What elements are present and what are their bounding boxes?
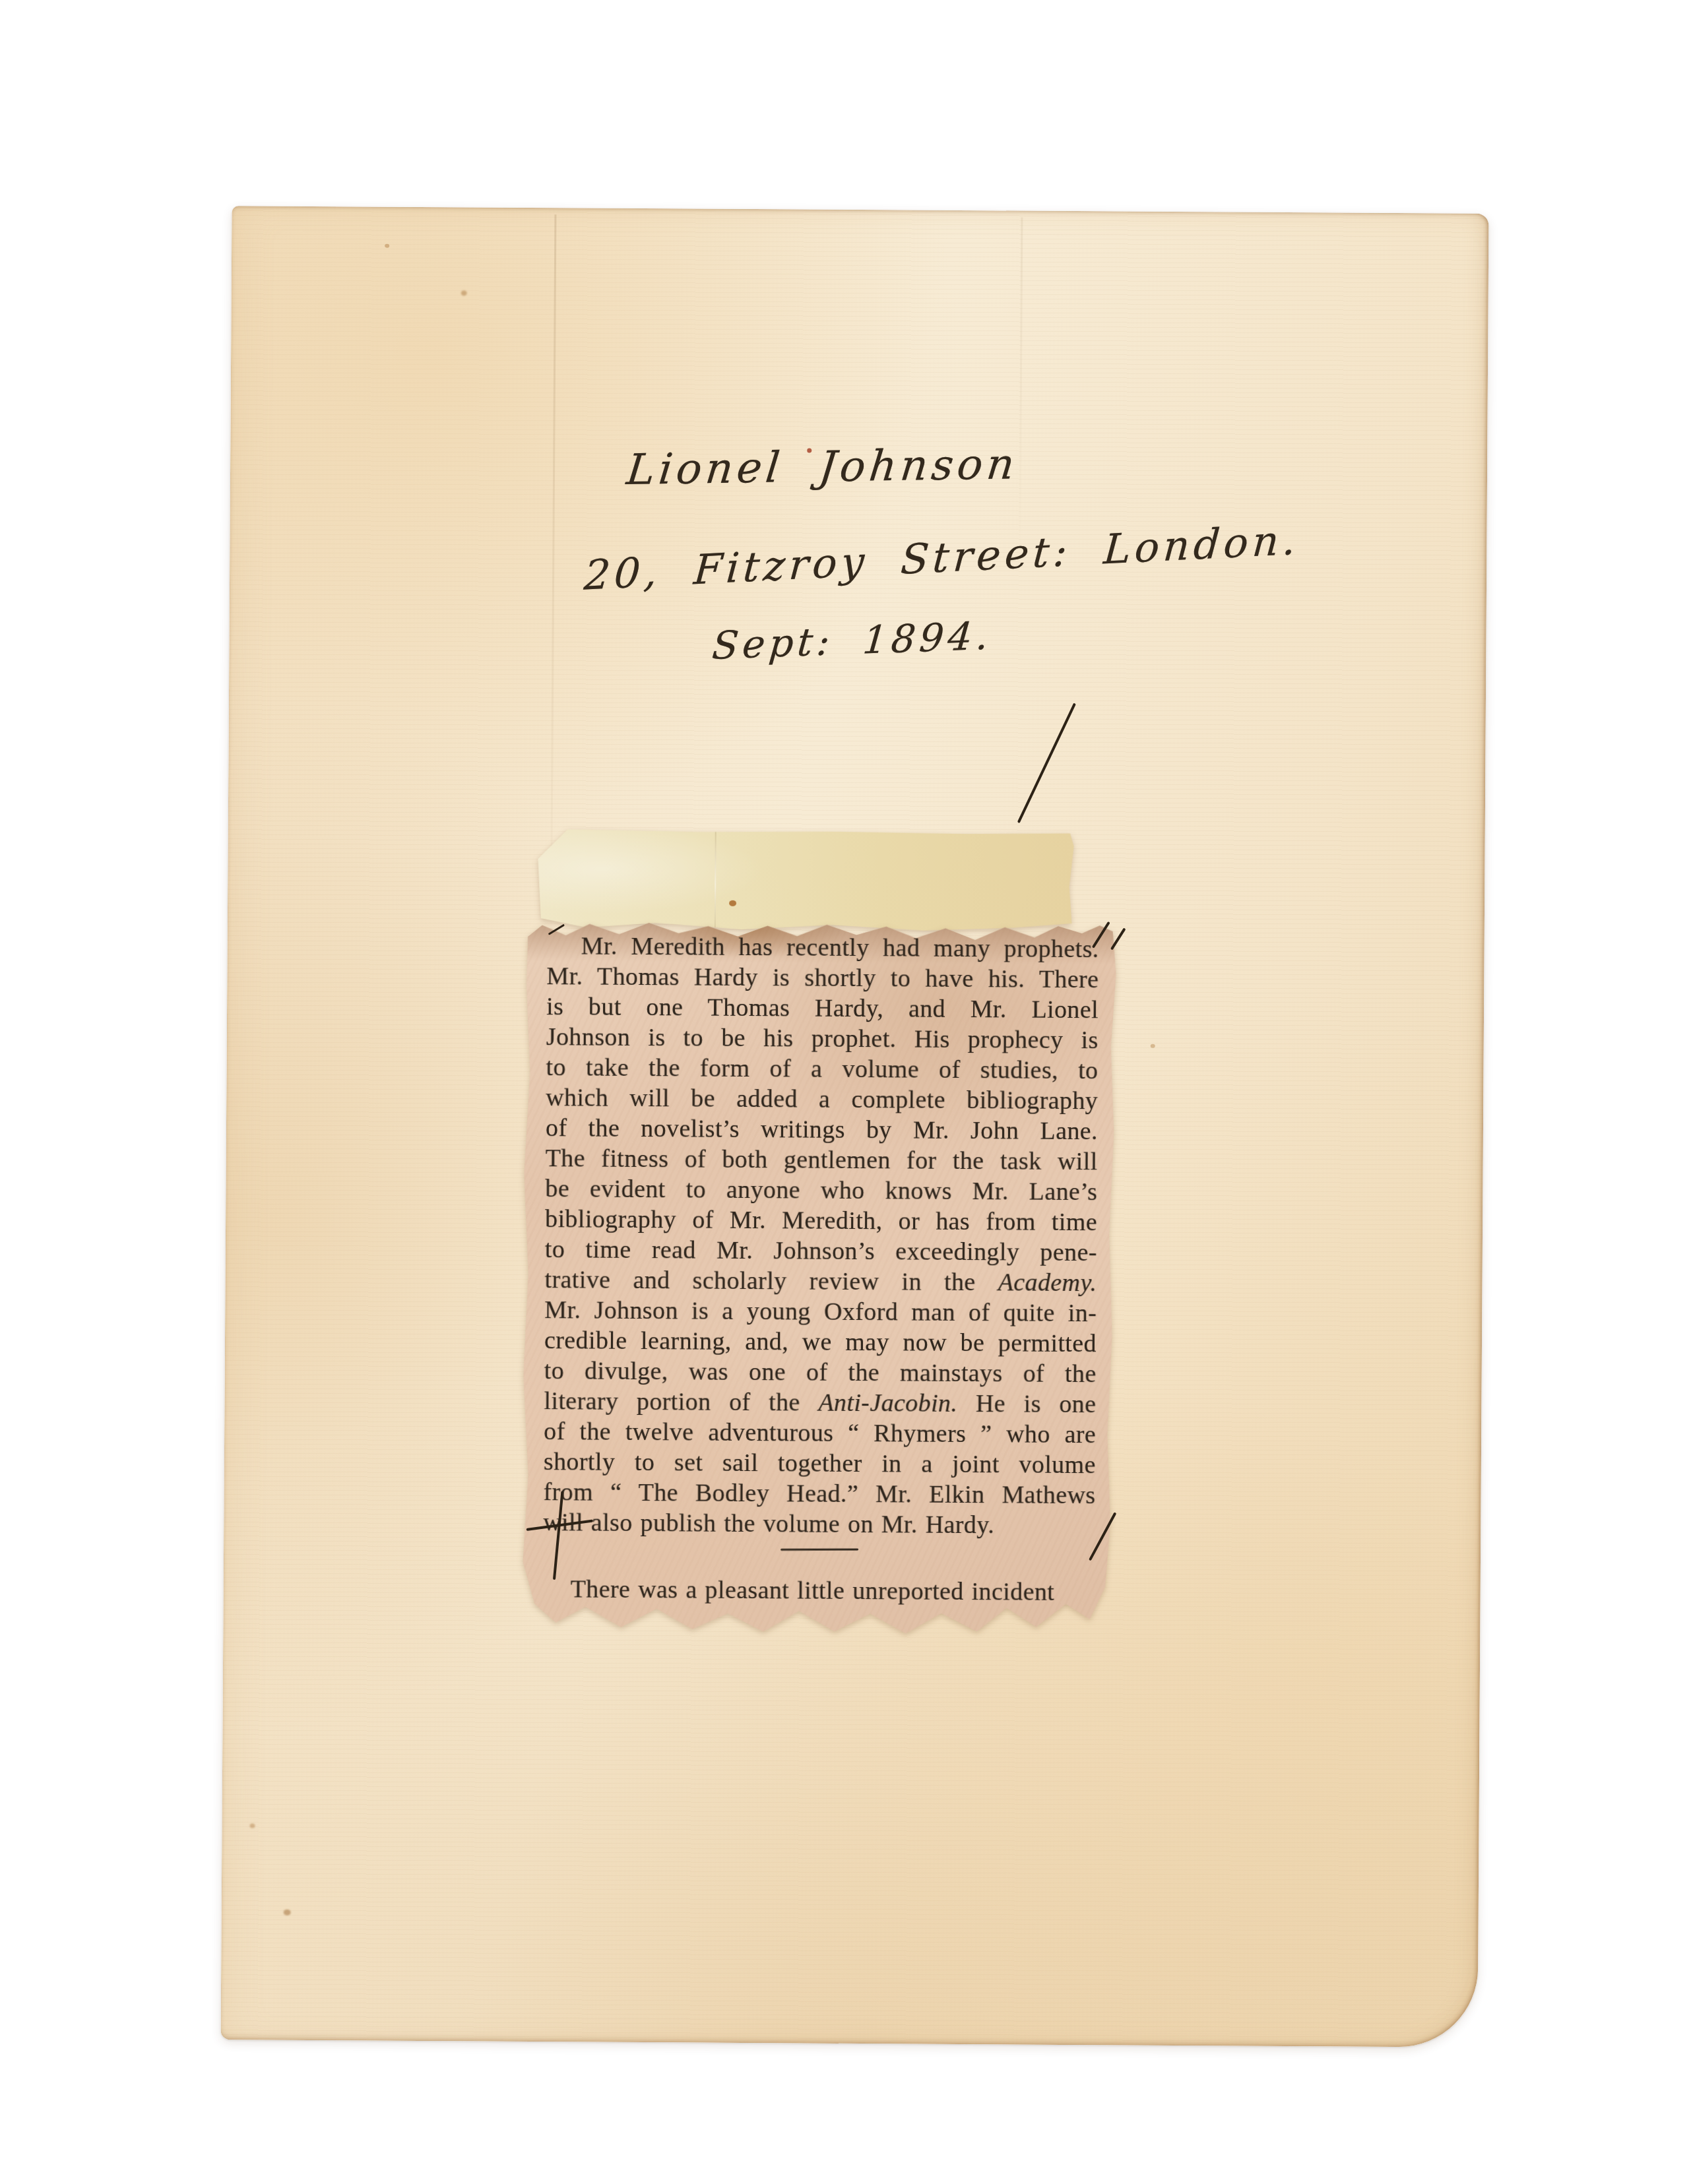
- clipping-line: to take the form of a volume of studies,…: [546, 1052, 1098, 1086]
- clipping-text-segment: shortly to set sail together in a joint …: [544, 1448, 1096, 1479]
- clipping-text-segment: to divulge, was one of the mainstays of …: [544, 1357, 1097, 1388]
- clipping-italic-text: Academy.: [998, 1268, 1097, 1297]
- clipping-text-segment: bibliography of Mr. Meredith, or has fro…: [545, 1205, 1097, 1236]
- clipping-text-segment: will also publish the volume on Mr. Hard…: [543, 1509, 994, 1539]
- clipping-line: to time read Mr. Johnson’s exceedingly p…: [545, 1234, 1097, 1268]
- clipping-text-segment: The fitness of both gentlemen for the ta…: [546, 1144, 1098, 1175]
- press-clipping: Mr. Meredith has recently had many proph…: [520, 914, 1118, 1637]
- clipping-text-segment: credible learning, and, we may now be pe…: [544, 1326, 1097, 1357]
- clipping-text-segment: Johnson is to be his prophet. His prophe…: [546, 1023, 1099, 1054]
- clipping-text-segment: is but one Thomas Hardy, and Mr. Lionel: [546, 993, 1099, 1024]
- clipping-partial-line: There was a pleasant little unreported i…: [543, 1574, 1095, 1607]
- clipping-line: Mr. Johnson is a young Oxford man of qui…: [544, 1295, 1097, 1328]
- clipping-line: bibliography of Mr. Meredith, or has fro…: [545, 1204, 1097, 1237]
- rust-spot: [729, 900, 736, 906]
- foxing-speck: [1151, 1044, 1155, 1048]
- inscription-name: Lionel Johnson: [624, 440, 1021, 495]
- clipping-italic-text: Anti-Jacobin.: [818, 1389, 957, 1418]
- book-page: Lionel Johnson 20, Fitzroy Street: Londo…: [221, 206, 1489, 2047]
- clipping-line: shortly to set sail together in a joint …: [544, 1447, 1096, 1480]
- foxing-speck: [461, 290, 467, 296]
- clipping-text: Mr. Meredith has recently had many proph…: [543, 931, 1099, 1607]
- inscription-address: 20, Fitzroy Street: London.: [583, 516, 1301, 600]
- clipping-text-segment: be evident to anyone who knows Mr. Lane’…: [545, 1175, 1097, 1206]
- clipping-line: is but one Thomas Hardy, and Mr. Lionel: [546, 991, 1099, 1025]
- printed-divider-rule: [781, 1548, 858, 1551]
- clipping-line: Johnson is to be his prophet. His prophe…: [546, 1022, 1099, 1055]
- clipping-text-segment: of the twelve adventurous “ Rhymers ” wh…: [544, 1418, 1096, 1449]
- clipping-text-segment: literary portion of the: [544, 1387, 818, 1417]
- foxing-speck: [385, 244, 389, 248]
- clipping-text-anchor: [542, 1634, 1095, 1637]
- clipping-line: credible learning, and, we may now be pe…: [544, 1325, 1097, 1359]
- clipping-line: Mr. Thomas Hardy is shortly to have his.…: [546, 961, 1099, 995]
- inscription-date: Sept: 1894.: [711, 613, 994, 668]
- clipping-line: to divulge, was one of the mainstays of …: [544, 1356, 1097, 1389]
- clipping-line: be evident to anyone who knows Mr. Lane’…: [545, 1173, 1097, 1207]
- clipping-line: The fitness of both gentlemen for the ta…: [546, 1143, 1098, 1177]
- foxing-speck: [249, 1823, 255, 1828]
- clipping-text-segment: which will be added a complete bibliogra…: [546, 1084, 1098, 1115]
- clipping-line: Mr. Meredith has recently had many proph…: [547, 931, 1099, 964]
- clipping-line: literary portion of the Anti-Jacobin. He…: [544, 1386, 1096, 1420]
- clipping-paper: Mr. Meredith has recently had many proph…: [520, 914, 1118, 1637]
- clipping-text-segment: to time read Mr. Johnson’s exceedingly p…: [545, 1235, 1097, 1266]
- clipping-text-segment: Mr. Johnson is a young Oxford man of qui…: [544, 1296, 1097, 1327]
- clipping-line: from “ The Bodley Head.” Mr. Elkin Mathe…: [543, 1477, 1095, 1511]
- inscription-flourish-stroke: [1017, 703, 1076, 823]
- clipping-text-segment: Mr. Meredith has recently had many proph…: [581, 932, 1099, 963]
- page-crease: [1019, 218, 1023, 561]
- clipping-line: of the novelist’s writings by Mr. John L…: [546, 1113, 1098, 1146]
- clipping-text-segment: of the novelist’s writings by Mr. John L…: [546, 1114, 1098, 1145]
- clipping-text-segment: to take the form of a volume of studies,…: [546, 1053, 1098, 1084]
- clipping-text-segment: He is one: [957, 1390, 1096, 1418]
- clipping-line: which will be added a complete bibliogra…: [546, 1082, 1098, 1116]
- clipping-text-segment: from “ The Bodley Head.” Mr. Elkin Mathe…: [543, 1478, 1095, 1509]
- foxing-speck: [284, 1910, 291, 1916]
- clipping-text-segment: trative and scholarly review in the: [544, 1266, 998, 1296]
- clipping-line: will also publish the volume on Mr. Hard…: [543, 1507, 1095, 1541]
- clipping-line: of the twelve adventurous “ Rhymers ” wh…: [544, 1416, 1096, 1450]
- clipping-line: trative and scholarly review in the Acad…: [544, 1264, 1097, 1298]
- photograph: Lionel Johnson 20, Fitzroy Street: Londo…: [0, 0, 1689, 2184]
- clipping-text-segment: Mr. Thomas Hardy is shortly to have his.…: [546, 962, 1099, 993]
